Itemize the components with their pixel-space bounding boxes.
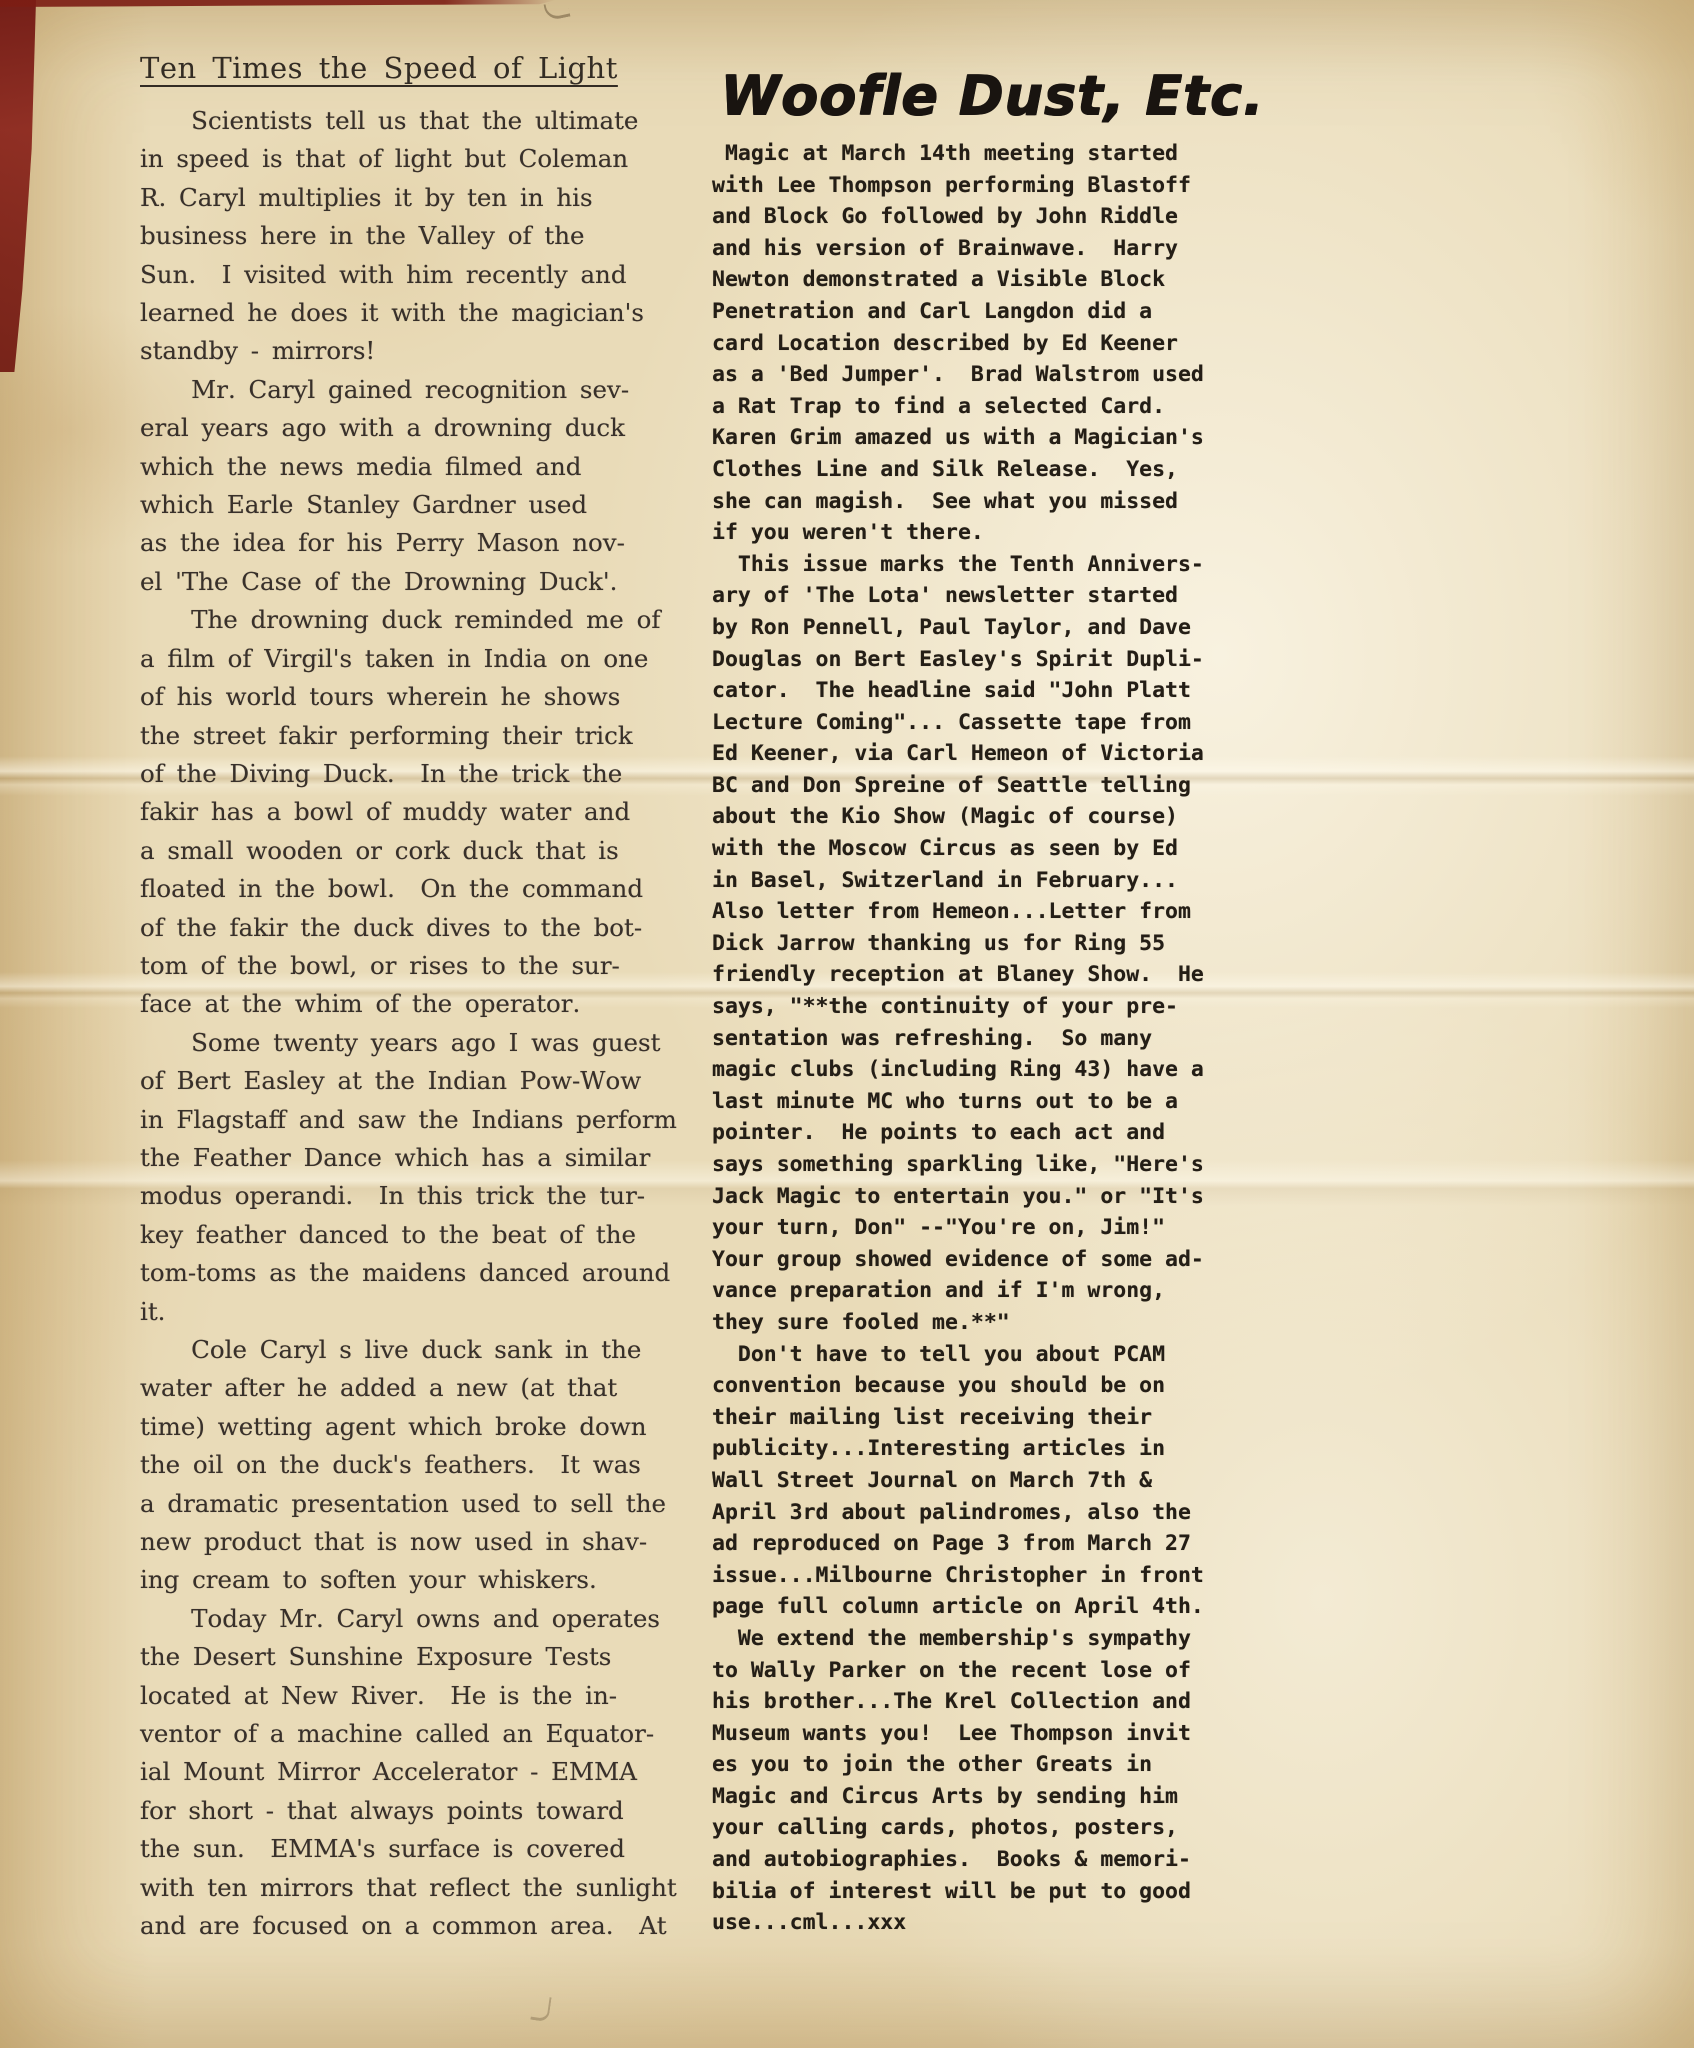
binding-top-edge — [0, 0, 556, 7]
binding-edge — [0, 0, 36, 372]
pencil-mark-bottom — [530, 1995, 551, 2022]
left-article-title: Ten Times the Speed of Light — [140, 50, 715, 86]
pencil-mark-top — [543, 0, 570, 21]
left-article-paragraph-1: Scientists tell us that the ultimate in … — [140, 102, 715, 371]
right-article-title: Woofle Dust, Etc. — [712, 64, 1272, 128]
right-article-paragraph-4: We extend the membership's sympathy to W… — [712, 1623, 1324, 1939]
left-article: Ten Times the Speed of Light Scientists … — [140, 50, 715, 1946]
left-article-paragraph-2: Mr. Caryl gained recognition sev- eral y… — [140, 371, 715, 601]
right-article: Woofle Dust, Etc. Magic at March 14th me… — [712, 64, 1324, 1939]
newsletter-page: Ten Times the Speed of Light Scientists … — [0, 0, 1694, 2048]
left-article-paragraph-3: The drowning duck reminded me of a film … — [140, 601, 715, 1023]
right-article-paragraph-2: This issue marks the Tenth Annivers- ary… — [712, 549, 1324, 1339]
left-article-paragraph-4: Some twenty years ago I was guest of Ber… — [140, 1024, 715, 1331]
right-article-paragraph-1: Magic at March 14th meeting started with… — [712, 138, 1324, 549]
right-article-paragraph-3: Don't have to tell you about PCAM conven… — [712, 1339, 1324, 1623]
left-article-paragraph-5: Cole Caryl s live duck sank in the water… — [140, 1331, 715, 1600]
left-article-paragraph-6: Today Mr. Caryl owns and operates the De… — [140, 1600, 715, 1946]
